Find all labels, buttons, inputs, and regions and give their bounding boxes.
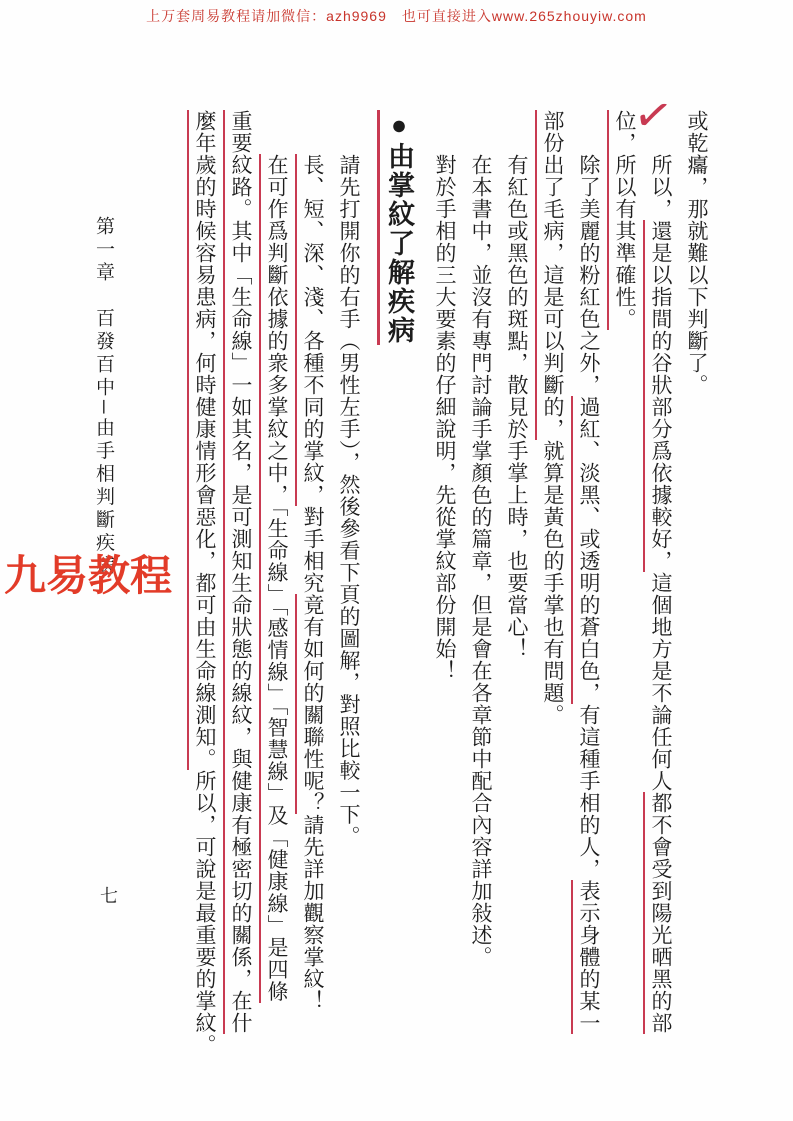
red-underlined-text: 長、短、深、淺、各種不同的掌紋，	[295, 154, 325, 506]
red-underlined-text: 都不會受到陽光晒黑的部	[643, 792, 673, 1034]
text-run: 除了美麗的粉紅色之外，	[577, 154, 601, 396]
page-number: 七	[100, 882, 118, 908]
text-column-7: 在本書中，並沒有專門討論手掌顏色的篇章，但是會在各章節中配合內容詳加敍述。	[470, 110, 491, 1072]
section-heading: ●由掌紋了解疾病	[385, 110, 412, 1072]
text-run: 對手相究	[301, 506, 325, 594]
text-column-3: 位，所以有其準確性。	[614, 110, 635, 1072]
text-run: 請先詳加觀察掌紋！	[301, 814, 325, 1012]
red-underlined-text: 表示身體的某一	[571, 880, 601, 1034]
text-column-8: 對於手相的三大要素的仔細說明，先從掌紋部份開始！	[434, 110, 455, 1072]
text-columns: 或乾癟，那就難以下判斷了。所以，還是以指間的谷狀部分爲依據較好，這個地方是不論任…	[179, 110, 707, 1072]
header-promo-text: 上万套周易教程请加微信：azh9969 也可直接进入www.265zhouyiw…	[0, 6, 793, 26]
text-column-10: 請先打開你的右手（男性左手），然後參看下頁的圖解，對照比較一下。	[338, 110, 359, 1072]
red-underlined-text: 位，所以有其準確性。	[607, 110, 637, 330]
text-column-13: 重要紋路。其中「生命線」一如其名，是可測知生命狀態的線紋，與健康有極密切的關係，…	[230, 110, 251, 1072]
watermark-text: 九易教程	[4, 543, 172, 603]
text-column-2: 所以，還是以指間的谷狀部分爲依據較好，這個地方是不論任何人都不會受到陽光晒黑的部	[650, 110, 671, 1072]
text-column-1: 或乾癟，那就難以下判斷了。	[686, 110, 707, 1072]
text-column-5: 部份出了毛病，這是可以判斷的，就算是黃色的手掌也有問題。	[542, 110, 563, 1072]
text-run: 請先打開你的右手（男性左手），然後參看下頁的圖解，對照比較一下。	[337, 154, 361, 848]
text-run: 所以，可說是最重要的掌紋。	[193, 770, 217, 1056]
text-column-4: 除了美麗的粉紅色之外，過紅、淡黑、或透明的蒼白色，有這種手相的人，表示身體的某一	[578, 110, 599, 1072]
red-underlined-text: 麼年歲的時候容易患病，何時健康情形會惡化，都可由生命線測知。	[187, 110, 217, 770]
text-run: 有紅色或黑色的斑點，散見於手掌上時，也要當心！	[505, 154, 529, 660]
red-underlined-text: 部份出了毛病，這是可以判斷的，	[535, 110, 565, 440]
red-underlined-text: 在可作爲判斷依據的衆多掌紋之中，	[259, 154, 289, 506]
red-underlined-text: 重要紋路。其中「生命線」一如其名，	[223, 110, 253, 484]
red-underlined-text: ●由掌紋了解疾病	[377, 110, 414, 345]
text-run: 就算是黃色的手掌也有問題。	[541, 440, 565, 726]
text-run: 或乾癟，那就難以下判斷了。	[685, 110, 709, 396]
text-column-12: 在可作爲判斷依據的衆多掌紋之中，「生命線」「感情線」「智慧線」及「健康線」是四條	[266, 110, 287, 1072]
text-column-14: 麼年歲的時候容易患病，何時健康情形會惡化，都可由生命線測知。所以，可說是最重要的…	[194, 110, 215, 1072]
red-underlined-text: 過紅、淡黑、或透明的蒼白色，	[571, 396, 601, 704]
red-underlined-text: 還是以指間的谷狀部分爲依據較好，	[643, 220, 673, 572]
text-run: 有這種手相的人，	[577, 704, 601, 880]
red-underlined-text: 竟有如何的關聯性呢？	[295, 594, 325, 814]
text-column-11: 長、短、深、淺、各種不同的掌紋，對手相究竟有如何的關聯性呢？請先詳加觀察掌紋！	[302, 110, 323, 1072]
text-run: 在本書中，並沒有專門討論手掌顏色的篇章，但是會在各章節中配合內容詳加敍述。	[469, 154, 493, 968]
scanned-book-page: { "header_note": { "text": "上万套周易教程请加微信：…	[0, 0, 793, 1121]
text-run: 所以，	[649, 154, 673, 220]
red-underlined-text: 「生命線」「感情線」「智慧線」及「健康線」是四條	[259, 506, 289, 1003]
text-run: 對於手相的三大要素的仔細說明，先從掌紋部份開始！	[433, 154, 457, 682]
red-underlined-text: 是可測知生命狀態的線紋，與健康有極密切的關係，在什	[223, 484, 253, 1034]
text-column-6: 有紅色或黑色的斑點，散見於手掌上時，也要當心！	[506, 110, 527, 1072]
text-run: 這個地方是不論任何人	[649, 572, 673, 792]
